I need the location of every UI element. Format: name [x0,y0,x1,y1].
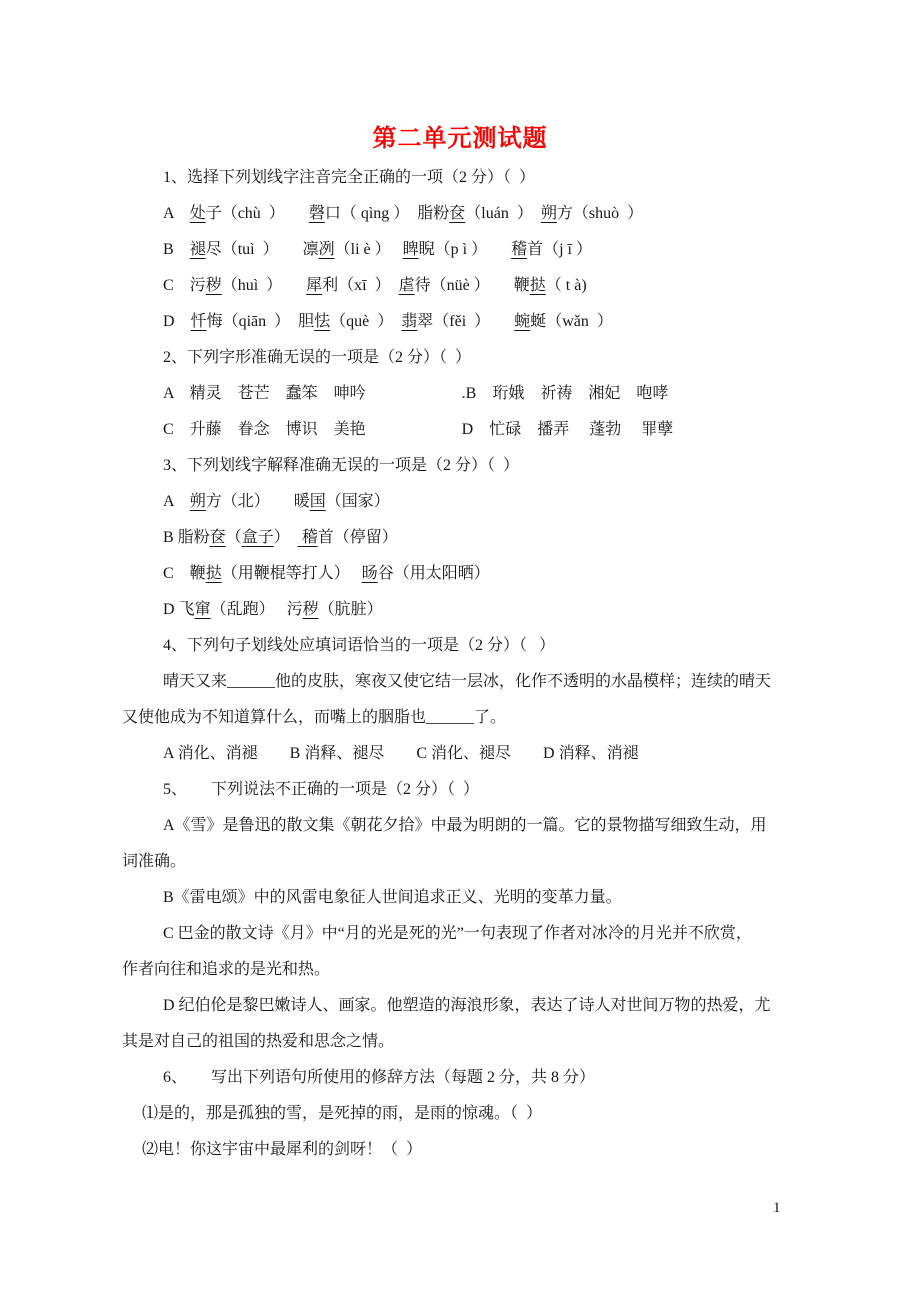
text-segment: B 脂粉 [163,529,210,546]
text-segment: ⑵电！你这宇宙中最犀利的剑呀！（ ） [142,1141,422,1158]
underlined-text: 旸 [362,565,378,582]
document-page: 第二单元测试题 1、选择下列划线字注音完全正确的一项（2 分）（ ）A 处子（c… [0,0,920,1302]
text-segment: 悔（qiān ） 胆 [207,313,315,330]
text-segment: B《雷电颂》中的风雷电象征人世间追求正义、光明的变革力量。 [163,889,622,906]
text-segment: 作者向往和追求的是光和热。 [122,961,330,978]
page-title: 第二单元测试题 [0,118,920,153]
text-line: ⑴是的，那是孤独的雪，是死掉的雨，是雨的惊魂。（ ） [122,1096,798,1132]
text-segment: （乱跑） 污 [211,601,303,618]
text-segment: 1、选择下列划线字注音完全正确的一项（2 分）（ ） [163,169,535,186]
text-segment: （用鞭棍等打人） [222,565,362,582]
text-segment: 晴天又来______他的皮肤，寒夜又使它结一层冰，化作不透明的水晶模样；连续的晴… [163,673,771,690]
underlined-text: 挞 [530,277,546,294]
text-line: C 巴金的散文诗《月》中“月的光是死的光”一句表现了作者对冰冷的月光并不欣赏， [122,916,798,952]
text-segment: （ t à) [546,277,587,294]
text-line: C 升藤 眷念 博识 美艳 D 忙碌 播弄 蓬勃 罪孽 [122,412,798,448]
text-segment: 蜒（wǎn ） [530,313,613,330]
text-segment: 翠（fěi ） [417,313,514,330]
text-segment: 子（chù ） [206,205,309,222]
text-line: 1、选择下列划线字注音完全正确的一项（2 分）（ ） [122,160,798,196]
text-line: ⑵电！你这宇宙中最犀利的剑呀！（ ） [122,1132,798,1168]
text-line: C 污秽（huì ） 犀利（xī ） 虐待（nüè ） 鞭挞（ t à) [122,268,798,304]
text-line: D 飞窜（乱跑） 污秽（肮脏） [122,592,798,628]
underlined-text: 窜 [195,601,211,618]
text-line: A 消化、消褪 B 消释、褪尽 C 消化、褪尽 D 消释、消褪 [122,736,798,772]
text-segment: C 升藤 眷念 博识 美艳 D 忙碌 播弄 蓬勃 罪孽 [163,421,673,438]
text-line: B《雷电颂》中的风雷电象征人世间追求正义、光明的变革力量。 [122,880,798,916]
underlined-text: 盒子 [242,529,274,546]
text-segment: （国家） [326,493,390,510]
text-line: A 精灵 苍芒 蠢笨 呻吟 .B 珩娥 祈祷 湘妃 咆哮 [122,376,798,412]
text-segment: （huì ） [222,277,306,294]
text-segment: 口（ qìng ） 脂粉 [325,205,449,222]
text-segment: C 巴金的散文诗《月》中“月的光是死的光”一句表现了作者对冰冷的月光并不欣赏， [163,925,752,942]
underlined-text: 挞 [206,565,222,582]
text-segment: 4、下列句子划线处应填词语恰当的一项是（2 分）（ ） [163,637,555,654]
text-segment: D 纪伯伦是黎巴嫩诗人、画家。他塑造的海浪形象，表达了诗人对世间万物的热爱，尤 [163,997,771,1014]
underlined-text: 冽 [319,241,335,258]
text-segment: A《雪》是鲁迅的散文集《朝花夕拾》中最为明朗的一篇。它的景物描写细致生动，用 [163,817,767,834]
underlined-text: 翡 [401,313,417,330]
underlined-text: 处 [190,205,206,222]
text-segment: （li è ） [335,241,403,258]
underlined-text: 朔 [541,205,557,222]
text-line: 其是对自己的祖国的热爱和思念之情。 [122,1024,798,1060]
text-line: B 褪尽（tuì ） 凛冽（li è ） 睥睨（p ì ） 稽首（j ī ） [122,232,798,268]
text-line: 词准确。 [122,844,798,880]
text-line: 6、 写出下列语句所使用的修辞方法（每题 2 分，共 8 分） [122,1060,798,1096]
underlined-text: 稽 [511,241,527,258]
text-segment: ） [274,529,298,546]
text-segment: D 飞 [163,601,195,618]
underlined-text: 秽 [206,277,222,294]
text-segment: 待（nüè ） 鞭 [415,277,530,294]
text-segment: 睨（p ì ） [419,241,511,258]
text-line: 作者向往和追求的是光和热。 [122,952,798,988]
text-segment: 谷（用太阳晒） [378,565,490,582]
text-segment: 又使他成为不知道算什么，而嘴上的胭脂也______了。 [122,709,506,726]
text-segment: 方（shuò ） [557,205,643,222]
underlined-text: 朔 [190,493,206,510]
text-line: 又使他成为不知道算什么，而嘴上的胭脂也______了。 [122,700,798,736]
text-segment: 2、下列字形准确无误的一项是（2 分）（ ） [163,349,471,366]
text-segment: ⑴是的，那是孤独的雪，是死掉的雨，是雨的惊魂。（ ） [142,1105,542,1122]
text-segment: C 鞭 [163,565,206,582]
text-segment: （ [226,529,242,546]
document-body: 1、选择下列划线字注音完全正确的一项（2 分）（ ）A 处子（chù ） 磬口（… [122,160,798,1168]
underlined-text: 褪 [190,241,206,258]
text-segment: （luán ） [465,205,541,222]
text-segment: 利（xī ） [322,277,398,294]
text-segment: （肮脏） [319,601,383,618]
text-segment: 词准确。 [122,853,186,870]
text-line: 5、 下列说法不正确的一项是（2 分）（ ） [122,772,798,808]
text-line: 3、下列划线字解释准确无误的一项是（2 分）（ ） [122,448,798,484]
text-segment: A 精灵 苍芒 蠢笨 呻吟 .B 珩娥 祈祷 湘妃 咆哮 [163,385,668,402]
text-segment: D [163,313,191,330]
text-line: C 鞭挞（用鞭棍等打人） 旸谷（用太阳晒） [122,556,798,592]
text-segment: C 污 [163,277,206,294]
text-line: B 脂粉奁（盒子） 稽首（停留） [122,520,798,556]
text-segment: 首（停留） [318,529,398,546]
underlined-text: 磬 [309,205,325,222]
underlined-text: 蜿 [514,313,530,330]
underlined-text: 秽 [303,601,319,618]
underlined-text: 犀 [306,277,322,294]
text-line: 4、下列句子划线处应填词语恰当的一项是（2 分）（ ） [122,628,798,664]
text-segment: A [163,493,190,510]
text-line: A《雪》是鲁迅的散文集《朝花夕拾》中最为明朗的一篇。它的景物描写细致生动，用 [122,808,798,844]
underlined-text: 奁 [210,529,226,546]
text-segment: B [163,241,190,258]
text-segment: A [163,205,190,222]
text-line: D 纪伯伦是黎巴嫩诗人、画家。他塑造的海浪形象，表达了诗人对世间万物的热爱，尤 [122,988,798,1024]
text-segment: A 消化、消褪 B 消释、褪尽 C 消化、褪尽 D 消释、消褪 [163,745,639,762]
underlined-text: 奁 [449,205,465,222]
underlined-text: 稽 [298,529,318,546]
page-number: 1 [773,1200,781,1217]
text-line: D 忏悔（qiān ） 胆怯（què ） 翡翠（fěi ） 蜿蜒（wǎn ） [122,304,798,340]
text-segment: 3、下列划线字解释准确无误的一项是（2 分）（ ） [163,457,519,474]
text-line: 晴天又来______他的皮肤，寒夜又使它结一层冰，化作不透明的水晶模样；连续的晴… [122,664,798,700]
text-segment: 其是对自己的祖国的热爱和思念之情。 [122,1033,394,1050]
text-line: A 处子（chù ） 磬口（ qìng ） 脂粉奁（luán ） 朔方（shuò… [122,196,798,232]
text-segment: 5、 下列说法不正确的一项是（2 分）（ ） [163,781,479,798]
underlined-text: 国 [310,493,326,510]
text-line: 2、下列字形准确无误的一项是（2 分）（ ） [122,340,798,376]
text-segment: 6、 写出下列语句所使用的修辞方法（每题 2 分，共 8 分） [163,1069,595,1086]
underlined-text: 忏 [191,313,207,330]
text-line: A 朔方（北） 暖国（国家） [122,484,798,520]
text-segment: 尽（tuì ） 凛 [206,241,319,258]
underlined-text: 睥 [403,241,419,258]
underlined-text: 怯 [314,313,330,330]
text-segment: （què ） [330,313,401,330]
text-segment: 首（j ī ） [527,241,592,258]
underlined-text: 虐 [399,277,415,294]
text-segment: 方（北） 暖 [206,493,310,510]
